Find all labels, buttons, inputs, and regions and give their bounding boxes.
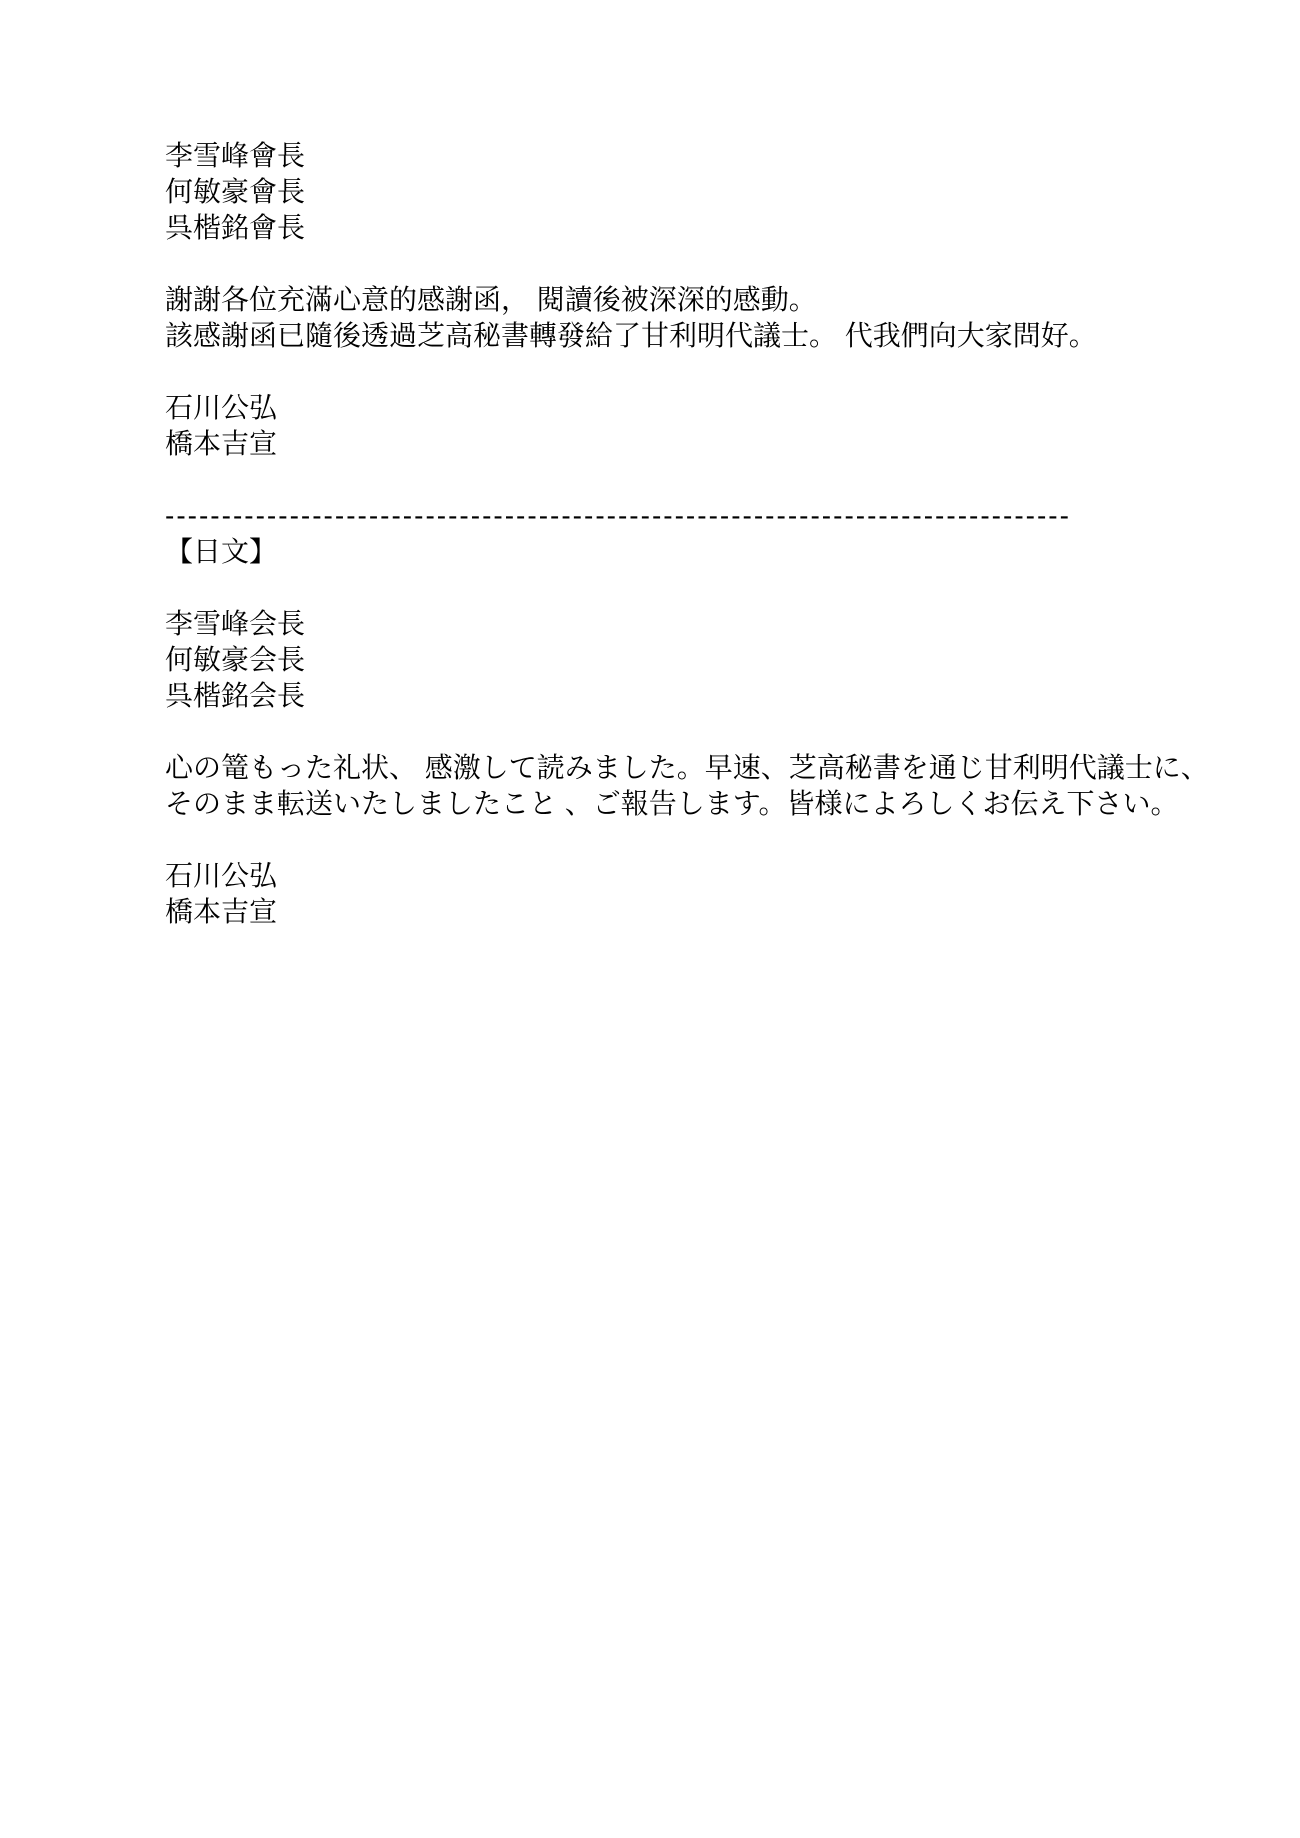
chinese-recipient-line: 呉楷銘會長 bbox=[165, 210, 1165, 246]
japanese-recipient-line: 何敏豪会長 bbox=[165, 642, 1165, 678]
dashed-divider: ----------------------------------------… bbox=[165, 498, 1165, 534]
japanese-signature-line: 橋本吉宣 bbox=[165, 894, 1165, 930]
blank-line bbox=[165, 570, 1165, 606]
blank-line bbox=[165, 246, 1165, 282]
chinese-body-line: 謝謝各位充滿心意的感謝函， 閱讀後被深深的感動。 bbox=[165, 282, 1165, 318]
section-label-japanese: 【日文】 bbox=[165, 534, 1165, 570]
letter-body: 李雪峰會長 何敏豪會長 呉楷銘會長 謝謝各位充滿心意的感謝函， 閱讀後被深深的感… bbox=[165, 138, 1165, 930]
chinese-recipient-line: 何敏豪會長 bbox=[165, 174, 1165, 210]
japanese-signature-line: 石川公弘 bbox=[165, 858, 1165, 894]
blank-line bbox=[165, 462, 1165, 498]
chinese-signature-line: 橋本吉宣 bbox=[165, 426, 1165, 462]
japanese-body-line: 心の篭もった礼状、 感激して読みました。早速、芝高秘書を通じ甘利明代議士に、 bbox=[165, 750, 1165, 786]
blank-line bbox=[165, 822, 1165, 858]
blank-line bbox=[165, 354, 1165, 390]
blank-line bbox=[165, 714, 1165, 750]
japanese-body-line: そのまま転送いたしましたこと 、ご報告します。皆様によろしくお伝え下さい。 bbox=[165, 786, 1165, 822]
chinese-signature-line: 石川公弘 bbox=[165, 390, 1165, 426]
japanese-recipient-line: 呉楷銘会長 bbox=[165, 678, 1165, 714]
letter-document-page: 李雪峰會長 何敏豪會長 呉楷銘會長 謝謝各位充滿心意的感謝函， 閱讀後被深深的感… bbox=[0, 0, 1300, 1838]
chinese-recipient-line: 李雪峰會長 bbox=[165, 138, 1165, 174]
japanese-recipient-line: 李雪峰会長 bbox=[165, 606, 1165, 642]
chinese-body-line: 該感謝函已隨後透過芝高秘書轉發給了甘利明代議士。 代我們向大家問好。 bbox=[165, 318, 1165, 354]
